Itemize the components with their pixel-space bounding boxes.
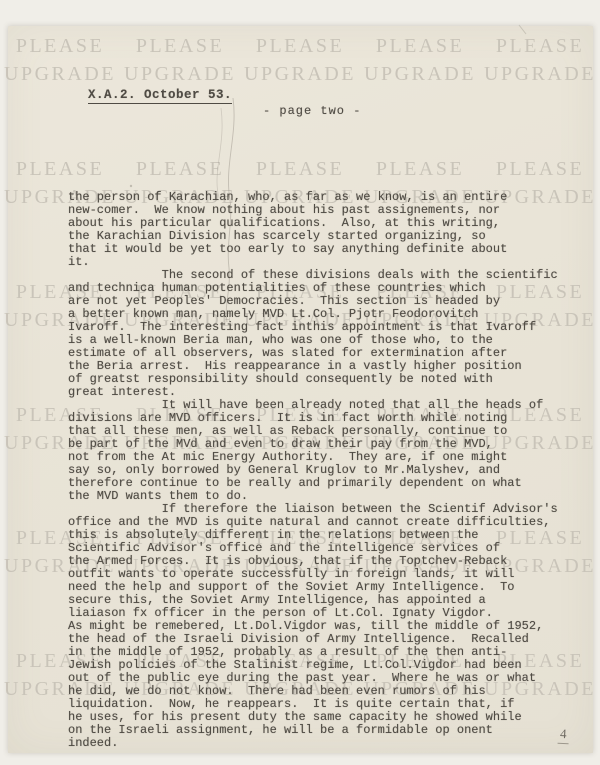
paragraph: the person of Karachian, who, as far as … <box>68 191 593 269</box>
paragraph: If therefore the liaison between the Sci… <box>68 503 593 750</box>
document-content: X.A.2. October 53. - page two - the pers… <box>0 0 600 765</box>
paragraph: The second of these divisions deals with… <box>68 269 593 399</box>
page-label: - page two - <box>263 104 361 118</box>
document-title: X.A.2. October 53. <box>88 88 232 104</box>
paragraph: It will have been already noted that all… <box>68 399 593 503</box>
scanned-document-screenshot: { "colors": { "paper": "#e9e4d7", "ink":… <box>0 0 600 765</box>
document-body: the person of Karachian, who, as far as … <box>68 191 593 750</box>
page-number-annotation: 4 <box>558 726 569 745</box>
